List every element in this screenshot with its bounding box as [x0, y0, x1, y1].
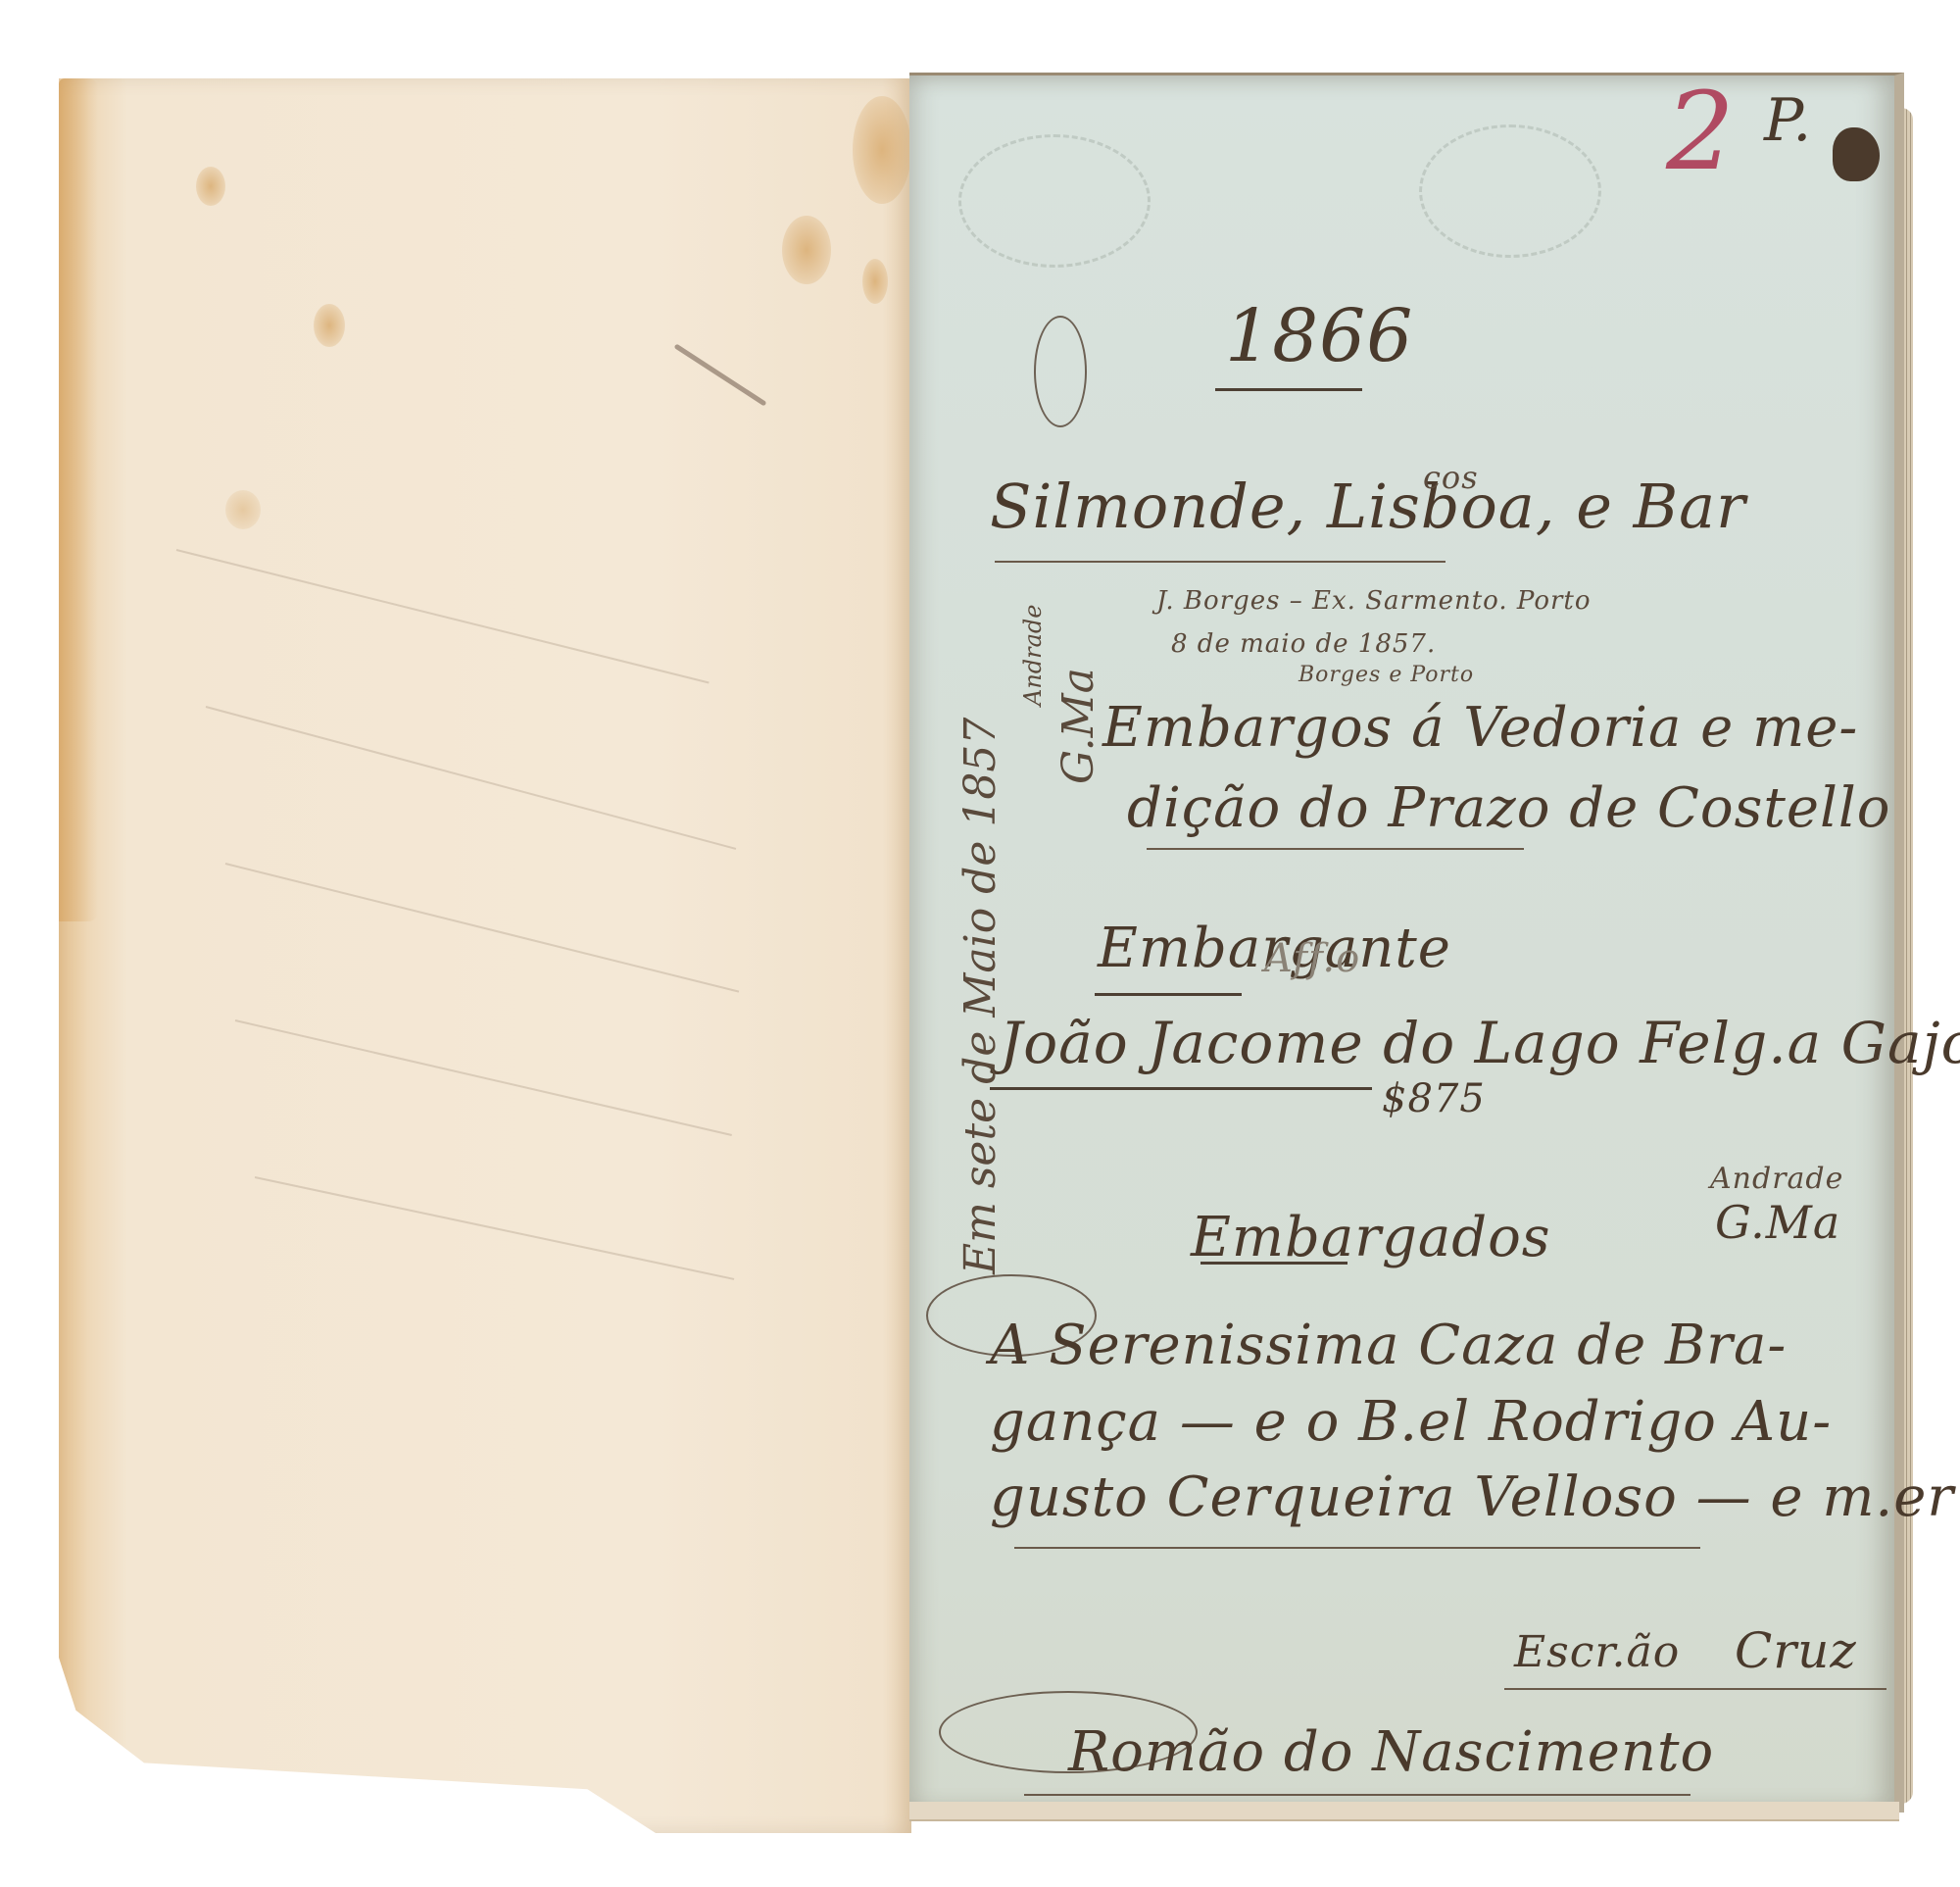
clerk-signature: Romão do Nascimento — [1068, 1720, 1714, 1784]
show-through-line — [206, 706, 736, 850]
embargados-heading: Embargados — [1191, 1206, 1551, 1269]
foxing-stain — [314, 304, 345, 347]
show-through-line — [235, 1019, 732, 1136]
left-margin-signature-andrade: Andrade — [1019, 605, 1047, 707]
embargados-line-1: A Serenissima Caza de Bra- — [990, 1314, 1787, 1377]
show-through-line — [176, 549, 710, 683]
embargante-name: João Jacome do Lago Felg.a Gajo — [1000, 1010, 1960, 1076]
parties-underline — [995, 561, 1445, 563]
embargante-underline — [1095, 993, 1242, 996]
right-margin-signature-gma: G.Ma — [1715, 1196, 1840, 1249]
pencil-mark — [674, 343, 767, 406]
note-borges-sarmento: J. Borges – Ex. Sarmento. Porto — [1156, 586, 1592, 616]
right-margin-signature-andrade: Andrade — [1710, 1162, 1843, 1196]
embargados-line-3: gusto Cerqueira Velloso — e m.er — [990, 1465, 1954, 1529]
show-through-line — [225, 863, 739, 993]
folio-suffix: P. — [1764, 86, 1812, 155]
capital-flourish — [1034, 316, 1087, 427]
title-underline — [1147, 848, 1524, 850]
parties-line: Silmonde, Lisboa, e Bar — [990, 471, 1746, 542]
foxing-stain — [196, 167, 225, 206]
foxing-stain — [782, 216, 831, 284]
foxing-stain — [225, 490, 261, 529]
document-year: 1866 — [1225, 294, 1413, 378]
embargados-rule — [1014, 1547, 1700, 1549]
foxing-stain — [853, 96, 911, 204]
embargante-rule — [990, 1087, 1372, 1090]
title-line-1: Embargos á Vedoria e me- — [1102, 696, 1858, 760]
embargados-line-2: gança — e o B.el Rodrigo Au- — [990, 1390, 1832, 1454]
escrivao-label: Escr.ão — [1514, 1627, 1680, 1677]
embargados-underline — [1200, 1262, 1347, 1265]
year-underline — [1215, 388, 1362, 391]
left-blank-page — [59, 78, 911, 1833]
parties-superscript: cos — [1423, 459, 1479, 496]
foxing-stain — [49, 78, 98, 921]
note-borges-porto: Borges e Porto — [1298, 663, 1474, 687]
show-through-line — [255, 1176, 734, 1280]
foxing-stain — [862, 259, 888, 304]
left-margin-vertical-note: Em sete de Maio de 1857 — [955, 718, 1005, 1274]
title-line-2: dição do Prazo de Costello — [1127, 776, 1891, 840]
embossed-seal — [958, 134, 1151, 268]
note-date-1857: 8 de maio de 1857. — [1171, 629, 1436, 659]
folio-number: 2 — [1666, 69, 1736, 194]
clerk-underline — [1024, 1794, 1690, 1796]
open-manuscript-book: 2 P. 1866 Silmonde, Lisboa, e Bar cos J.… — [0, 0, 1960, 1887]
escrivao-name: Cruz — [1735, 1622, 1857, 1679]
fee-note: $875 — [1382, 1076, 1486, 1121]
page-bottom-edge — [909, 1802, 1899, 1821]
ink-blot — [1833, 127, 1880, 181]
left-margin-signature-gma: G.Ma — [1053, 668, 1103, 784]
escrivao-underline — [1504, 1688, 1886, 1690]
embossed-seal — [1419, 124, 1601, 258]
embargante-annotation: Aff.o — [1264, 936, 1360, 981]
